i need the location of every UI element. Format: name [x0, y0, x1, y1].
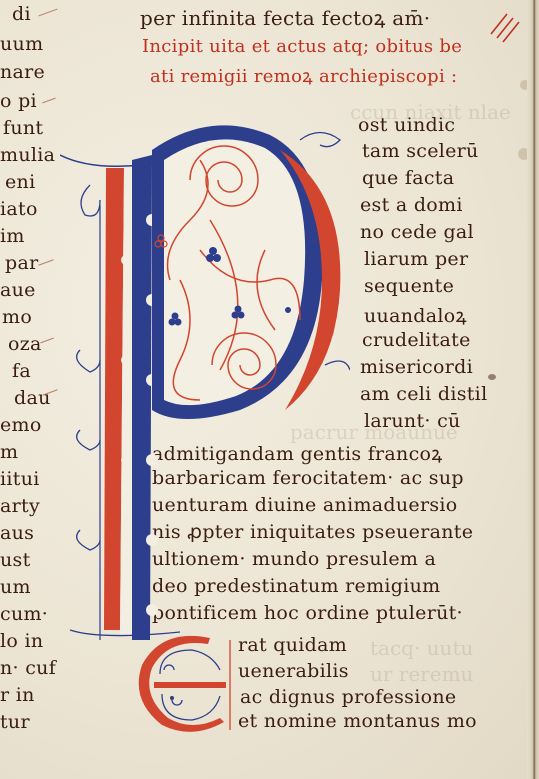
- text-line: misericordi: [360, 356, 473, 378]
- left-line: arty: [0, 495, 40, 517]
- text-line: est a domi: [360, 194, 463, 216]
- pen-flourish: [38, 9, 57, 17]
- decorated-initial-e-icon: [132, 630, 242, 740]
- text-line: larunt· cū: [364, 410, 461, 432]
- left-line: cum·: [0, 603, 48, 625]
- left-line: uum: [0, 33, 43, 55]
- left-line: aus: [0, 522, 34, 544]
- left-line: lo in: [0, 630, 43, 652]
- left-line: di: [12, 3, 31, 25]
- decorated-initial-p-icon: [60, 110, 350, 650]
- left-line: funt: [3, 117, 43, 139]
- pen-flourish: [42, 98, 55, 104]
- left-line: iato: [0, 198, 38, 220]
- left-line: ust: [0, 549, 31, 571]
- left-line: r in: [0, 684, 35, 706]
- left-line: mulia: [0, 144, 55, 166]
- stain: [488, 374, 496, 380]
- pen-flourish: [40, 338, 53, 344]
- left-line: mo: [2, 306, 32, 328]
- text-line: per infinita fecta fectoꝝ am̄·: [140, 4, 430, 31]
- text-line: sequente: [364, 275, 454, 297]
- left-line: im: [0, 225, 25, 247]
- text-line: et nomine montanus mo: [238, 710, 477, 732]
- rubric-line: ati remigii remoꝝ archiepiscopi :: [150, 64, 457, 88]
- left-line: emo: [0, 414, 42, 436]
- text-line: uuandaloꝝ: [364, 302, 467, 328]
- text-line: crudelitate: [362, 329, 471, 351]
- text-line: tam scelerū: [362, 140, 479, 162]
- text-line: ost uindic: [358, 114, 455, 136]
- left-line: m: [0, 441, 18, 463]
- left-line: tur: [0, 711, 30, 733]
- show-through-text: tacq· uutu: [370, 636, 473, 660]
- left-line: n· cuf: [0, 657, 56, 679]
- show-through-text: ur reremu: [370, 662, 473, 686]
- rubric-line: Incipit uita et actus atq; obitus be: [142, 36, 462, 57]
- left-line: par: [5, 252, 38, 274]
- text-line: uenerabilis: [238, 660, 349, 682]
- left-line: aue: [0, 279, 36, 301]
- left-line: oza: [8, 333, 42, 355]
- manuscript-folio: ccun niaxit nlae pacrur moaunue tacq· uu…: [0, 0, 539, 779]
- text-line: no cede gal: [360, 221, 474, 243]
- text-line: ac dignus professione: [240, 686, 456, 708]
- left-line: iitui: [0, 468, 40, 490]
- left-line: fa: [12, 360, 31, 382]
- left-line: eni: [5, 171, 35, 193]
- left-line: um: [0, 576, 31, 598]
- pen-flourish: [38, 259, 53, 265]
- text-line: liarum per: [364, 248, 468, 270]
- left-line: dau: [14, 387, 51, 409]
- page-gutter-edge: [527, 0, 539, 779]
- text-line: que facta: [362, 167, 454, 189]
- folio-mark-icon: [485, 8, 525, 48]
- left-line: nare: [0, 61, 45, 83]
- left-line: o pi: [0, 90, 37, 112]
- text-line: am celi distil: [360, 383, 487, 405]
